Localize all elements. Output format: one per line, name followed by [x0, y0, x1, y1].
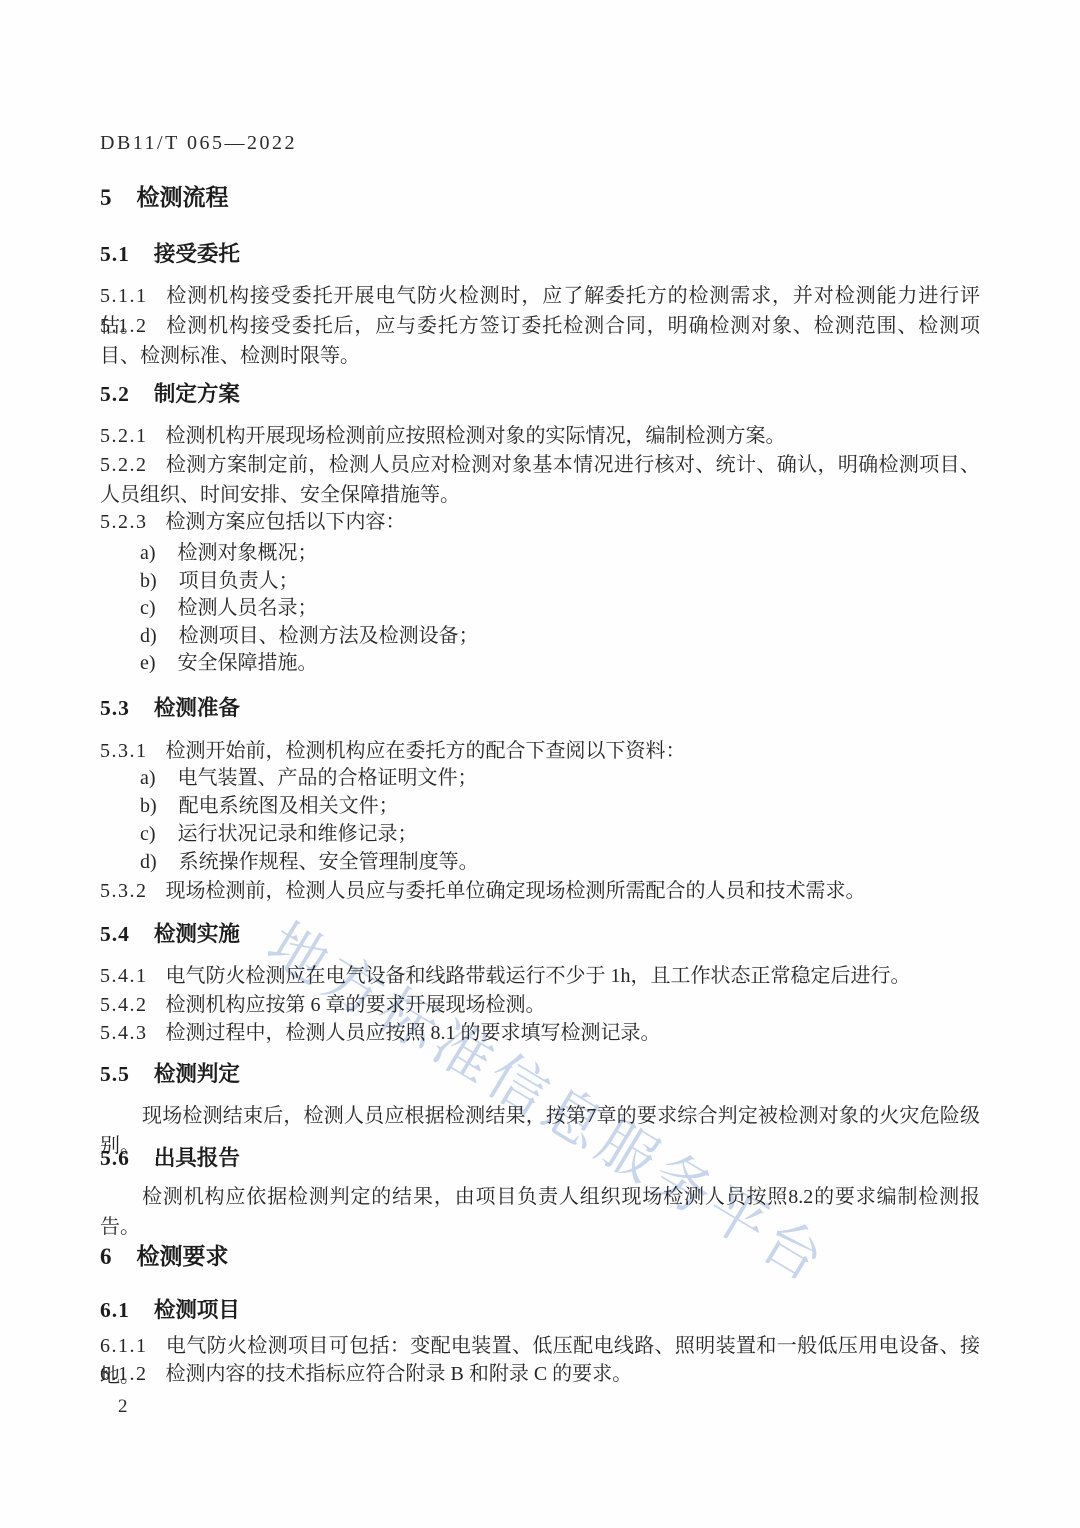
clause-text: 检测机构接受委托后，应与委托方签订委托检测合同，明确检测对象、检测范围、检测项目… [100, 315, 980, 367]
heading-5-title: 检测流程 [137, 185, 229, 211]
list-text: 检测项目、检测方法及检测设备； [179, 625, 479, 647]
page-number: 2 [118, 1396, 128, 1418]
heading-6-number: 6 [100, 1244, 113, 1269]
heading-5-3-title: 检测准备 [154, 696, 240, 721]
clause-number: 5.4.2 [100, 994, 148, 1016]
clause-number: 6.1.2 [100, 1363, 148, 1385]
heading-5-2-title: 制定方案 [154, 382, 240, 407]
clause-text: 检测方案制定前，检测人员应对检测对象基本情况进行核对、统计、确认，明确检测项目、… [100, 454, 980, 506]
clause-number: 5.2.3 [100, 511, 148, 533]
clause-text: 检测机构开展现场检测前应按照检测对象的实际情况，编制检测方案。 [166, 425, 786, 447]
list-text: 项目负责人； [179, 570, 299, 592]
heading-5-1-number: 5.1 [100, 242, 130, 266]
heading-5-5: 5.5检测判定 [100, 1057, 980, 1088]
clause-5-3-1: 5.3.1检测开始前，检测机构应在委托方的配合下查阅以下资料： [100, 736, 980, 766]
heading-5-6-number: 5.6 [100, 1146, 130, 1170]
clause-text: 检测机构应按第 6 章的要求开展现场检测。 [166, 994, 546, 1016]
list-text: 运行状况记录和维修记录； [178, 823, 418, 845]
heading-5-3-number: 5.3 [100, 696, 130, 720]
doc-code-header: DB11/T 065—2022 [100, 132, 980, 155]
list-item-c: c)检测人员名录； [140, 594, 980, 622]
list-label: e) [140, 652, 156, 674]
heading-5-1: 5.1接受委托 [100, 237, 980, 268]
clause-5-2-2: 5.2.2检测方案制定前，检测人员应对检测对象基本情况进行核对、统计、确认，明确… [100, 450, 980, 510]
clause-number: 5.2.2 [100, 454, 148, 476]
list-label: d) [140, 851, 157, 873]
list-label: b) [140, 795, 157, 817]
list-label: c) [140, 823, 156, 845]
list-text: 检测对象概况； [178, 542, 318, 564]
list-item-d: d)系统操作规程、安全管理制度等。 [140, 848, 980, 876]
clause-number: 5.1.1 [100, 285, 148, 307]
heading-5-3: 5.3检测准备 [100, 691, 980, 722]
clause-number: 5.4.1 [100, 965, 148, 987]
list-label: c) [140, 597, 156, 619]
clause-number: 5.3.2 [100, 880, 148, 902]
document-page: DB11/T 065—2022 5检测流程 5.1接受委托 5.1.1检测机构接… [0, 0, 1080, 1528]
clause-number: 5.4.3 [100, 1022, 148, 1044]
heading-6-1-title: 检测项目 [154, 1298, 240, 1323]
list-item-a: a)检测对象概况； [140, 539, 980, 567]
clause-text: 现场检测前，检测人员应与委托单位确定现场检测所需配合的人员和技术需求。 [166, 880, 866, 902]
list-text: 安全保障措施。 [178, 652, 318, 674]
list-text: 配电系统图及相关文件； [179, 795, 399, 817]
clause-text: 电气防火检测应在电气设备和线路带载运行不少于 1h，且工作状态正常稳定后进行。 [166, 965, 911, 987]
list-item-e: e)安全保障措施。 [140, 649, 980, 677]
heading-5-4: 5.4检测实施 [100, 917, 980, 948]
list-label: b) [140, 570, 157, 592]
heading-6-1-number: 6.1 [100, 1298, 130, 1322]
heading-5-5-title: 检测判定 [154, 1062, 240, 1087]
clause-number: 5.3.1 [100, 740, 148, 762]
heading-5: 5检测流程 [100, 179, 980, 212]
clause-text: 检测内容的技术指标应符合附录 B 和附录 C 的要求。 [166, 1363, 633, 1385]
clause-number: 5.2.1 [100, 425, 148, 447]
heading-5-number: 5 [100, 185, 113, 210]
clause-5-2-3: 5.2.3检测方案应包括以下内容： [100, 507, 980, 537]
clause-text: 检测方案应包括以下内容： [166, 511, 406, 533]
list-item-b: b)配电系统图及相关文件； [140, 792, 980, 820]
clause-5-4-3: 5.4.3检测过程中，检测人员应按照 8.1 的要求填写检测记录。 [100, 1018, 980, 1048]
list-item-c: c)运行状况记录和维修记录； [140, 820, 980, 848]
list-label: d) [140, 625, 157, 647]
clause-text: 检测开始前，检测机构应在委托方的配合下查阅以下资料： [166, 740, 686, 762]
heading-5-2: 5.2制定方案 [100, 377, 980, 408]
list-text: 电气装置、产品的合格证明文件； [178, 767, 478, 789]
list-item-d: d)检测项目、检测方法及检测设备； [140, 622, 980, 650]
heading-5-4-number: 5.4 [100, 922, 130, 946]
heading-5-1-title: 接受委托 [154, 242, 240, 267]
heading-6-1: 6.1检测项目 [100, 1293, 980, 1324]
list-label: a) [140, 767, 156, 789]
clause-5-4-2: 5.4.2检测机构应按第 6 章的要求开展现场检测。 [100, 990, 980, 1020]
clause-5-2-1: 5.2.1检测机构开展现场检测前应按照检测对象的实际情况，编制检测方案。 [100, 421, 980, 451]
heading-5-6: 5.6出具报告 [100, 1141, 980, 1172]
clause-number: 6.1.1 [100, 1335, 148, 1357]
heading-6-title: 检测要求 [137, 1244, 229, 1270]
heading-5-2-number: 5.2 [100, 382, 130, 406]
heading-6: 6检测要求 [100, 1238, 980, 1271]
clause-number: 5.1.2 [100, 315, 148, 337]
clause-5-3-2: 5.3.2现场检测前，检测人员应与委托单位确定现场检测所需配合的人员和技术需求。 [100, 876, 980, 906]
list-item-b: b)项目负责人； [140, 567, 980, 595]
list-text: 系统操作规程、安全管理制度等。 [179, 851, 479, 873]
heading-5-4-title: 检测实施 [154, 922, 240, 947]
clause-6-1-2: 6.1.2检测内容的技术指标应符合附录 B 和附录 C 的要求。 [100, 1359, 980, 1389]
list-item-a: a)电气装置、产品的合格证明文件； [140, 764, 980, 792]
heading-5-5-number: 5.5 [100, 1062, 130, 1086]
clause-text: 检测过程中，检测人员应按照 8.1 的要求填写检测记录。 [166, 1022, 661, 1044]
list-label: a) [140, 542, 156, 564]
heading-5-6-title: 出具报告 [154, 1146, 240, 1171]
list-text: 检测人员名录； [178, 597, 318, 619]
paragraph-5-6: 检测机构应依据检测判定的结果，由项目负责人组织现场检测人员按照8.2的要求编制检… [100, 1182, 980, 1242]
clause-5-1-2: 5.1.2检测机构接受委托后，应与委托方签订委托检测合同，明确检测对象、检测范围… [100, 311, 980, 371]
clause-5-4-1: 5.4.1电气防火检测应在电气设备和线路带载运行不少于 1h，且工作状态正常稳定… [100, 961, 980, 991]
